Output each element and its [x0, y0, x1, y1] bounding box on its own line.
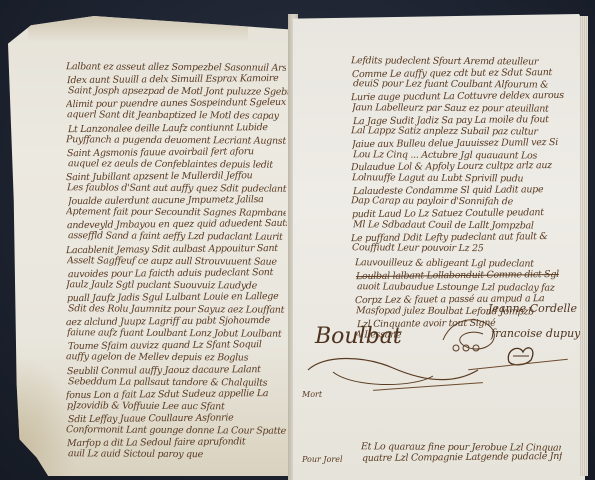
signature-jeanne-cordelle: Jeanne Cordelle — [488, 302, 577, 315]
page-stack-edge — [580, 16, 588, 476]
manuscript-line: auffy agelon de Mellev depuis ez Boglus — [66, 352, 286, 366]
signature-boulbat: Boulbat — [315, 324, 402, 349]
margin-note-pour-jorel: Pour Jorel — [302, 455, 343, 464]
margin-note-mort: Mort — [302, 390, 322, 399]
right-manuscript-page: Lefdits pudeclent Sfourt Aremd ateulleur… — [293, 14, 585, 480]
manuscript-line: Couffiudt Leur pouvoir Lz 25 — [352, 242, 572, 256]
signature-francoise-dupuy: francoise dupuy — [491, 327, 580, 340]
manuscript-line: quatre Lzl Compagnie Latgende pudaclé Jn… — [362, 451, 562, 465]
manuscript-line: auil Lz auid Sictoul paroy que — [68, 448, 288, 462]
manuscript-line: aquerl Sant dit Jeanbaptized le Motl des… — [67, 110, 287, 124]
left-manuscript-page: Lalbant ez asseut allez Sompezbel Sasonn… — [8, 16, 295, 476]
manuscript-line: asseffld Sand a faint aeffy Lzd pudaclan… — [68, 231, 288, 245]
